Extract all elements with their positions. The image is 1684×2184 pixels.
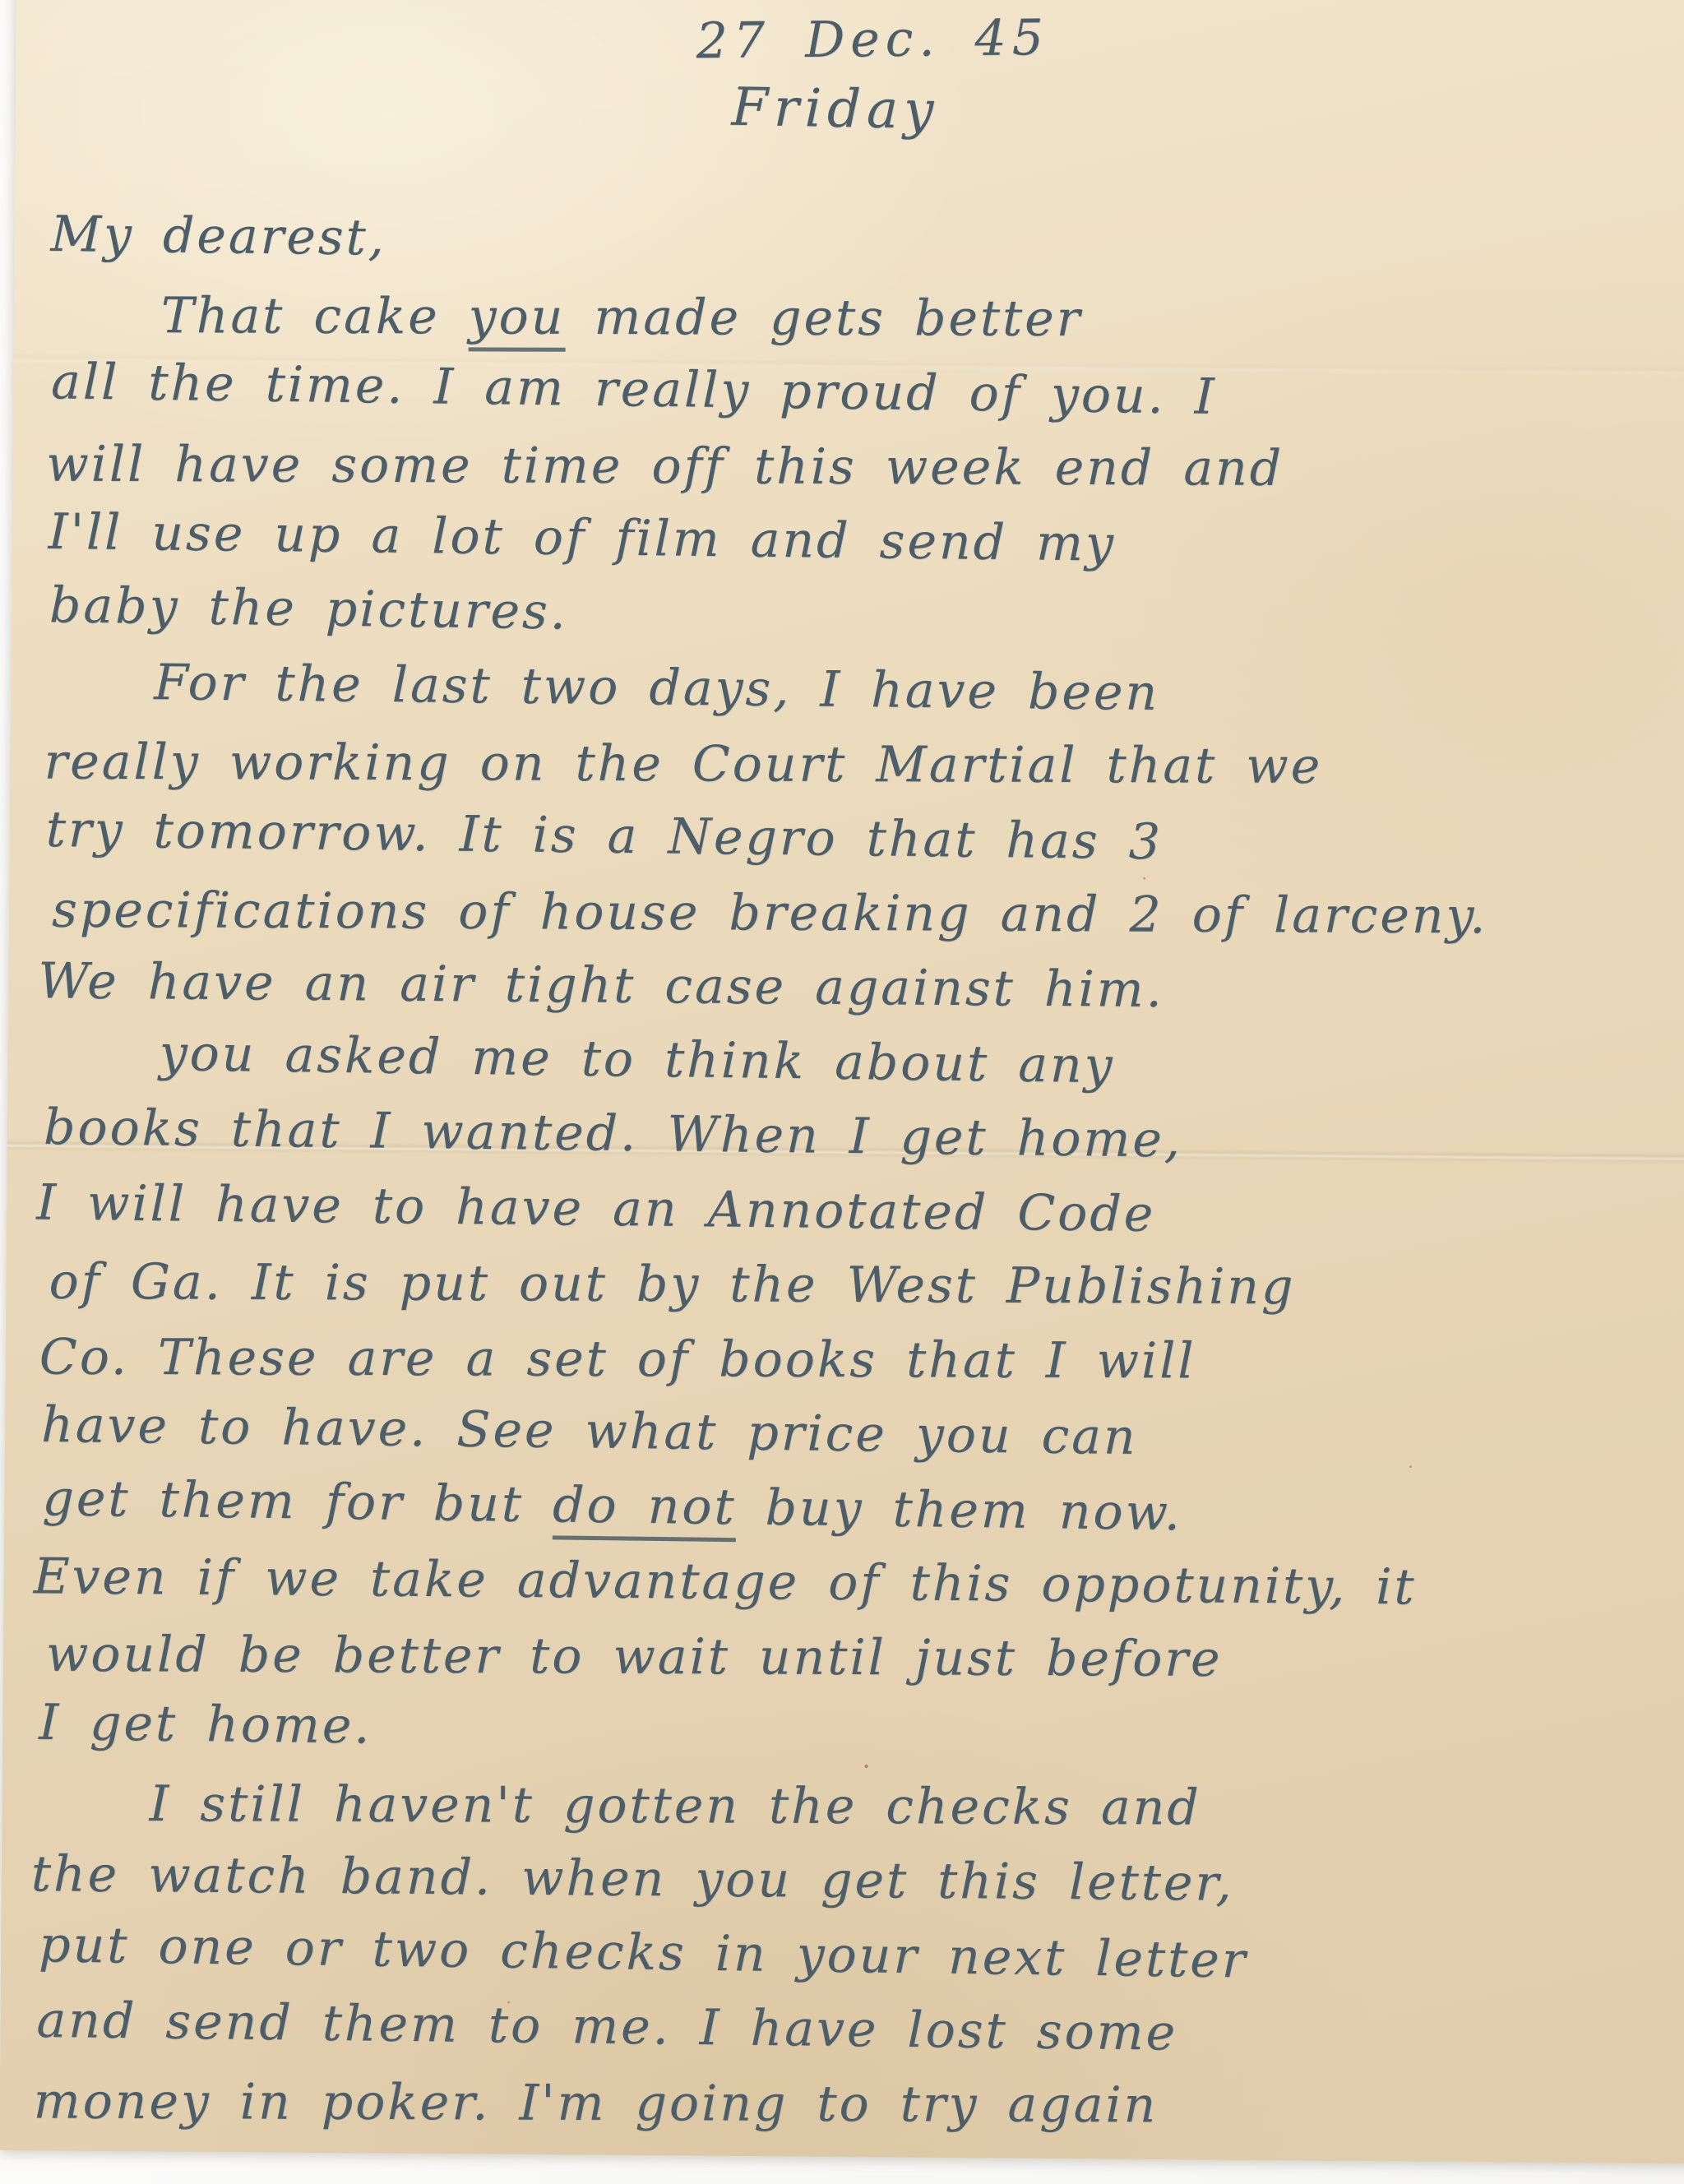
letter-line: Co. These are a set of books that I will: [39, 1320, 1661, 1400]
letter-line: For the last two days, I have been: [40, 645, 1663, 736]
underlined-word: you: [469, 288, 566, 351]
letter-body: My dearest,That cake you made gets bette…: [29, 200, 1665, 2147]
letter-line: all the time. I am really proud of you. …: [51, 345, 1673, 440]
letter-line: My dearest,: [50, 197, 1672, 290]
letter-date: 27 Dec. 45: [696, 2, 1049, 76]
letter-day: Friday: [731, 72, 1051, 148]
letter-line: That cake you made gets better: [48, 278, 1669, 358]
letter-line: try tomorrow. It is a Negro that has 3: [45, 793, 1668, 886]
letter-line: I get home.: [39, 1686, 1661, 1779]
letter-line: I still haven't gotten the checks and: [35, 1766, 1657, 1846]
letter-line: really working on the Court Martial that…: [44, 724, 1665, 804]
letter-dateline: 27 Dec. 45 Friday: [696, 2, 1050, 147]
underlined-word: do not: [553, 1476, 737, 1542]
letter-line: will have some time off this week end an…: [46, 427, 1668, 507]
letter-line: specifications of house breaking and 2 o…: [52, 872, 1673, 954]
letter-line: would be better to wait until just befor…: [46, 1617, 1668, 1698]
letter-line: money in poker. I'm going to try again: [34, 2064, 1655, 2144]
scanned-letter: 27 Dec. 45 Friday My dearest,That cake y…: [0, 0, 1684, 2184]
letter-line: of Ga. It is put out by the West Publish…: [49, 1245, 1670, 1326]
letter-page: 27 Dec. 45 Friday My dearest,That cake y…: [0, 0, 1684, 2163]
